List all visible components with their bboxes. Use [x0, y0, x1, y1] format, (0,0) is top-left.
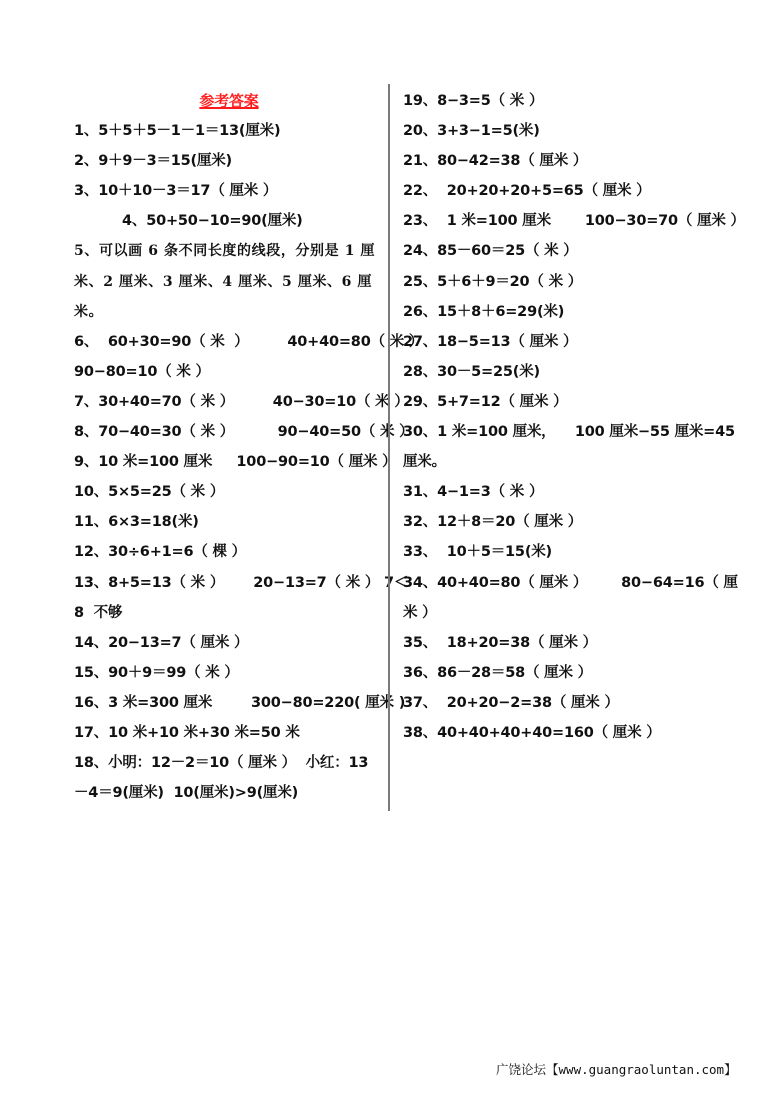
answer-line: 8 不够 [74, 598, 384, 628]
answer-line: 4、50+50−10=90(厘米) [74, 206, 384, 236]
answer-line: 90−80=10（ 米 ） [74, 357, 384, 387]
answer-line: 33、 10＋5＝15(米) [403, 537, 723, 567]
answer-line: 5、可以画 6 条不同长度的线段，分别是 1 厘 [74, 236, 384, 266]
answer-line: 35、 18+20=38（ 厘米 ） [403, 628, 723, 658]
answer-line: 16、3 米=300 厘米 300−80=220( 厘米 ) [74, 688, 384, 718]
footer-site-name: 广饶论坛 [496, 1062, 546, 1077]
answer-line: 米 ） [403, 598, 723, 628]
answer-line: 13、8+5=13（ 米 ） 20−13=7（ 米 ） 7＜ [74, 568, 384, 598]
answer-line: 29、5+7=12（ 厘米 ） [403, 387, 723, 417]
answer-line: 31、4−1=3（ 米 ） [403, 477, 723, 507]
answer-line: 26、15＋8＋6=29(米) [403, 297, 723, 327]
answer-line: 32、12＋8＝20（ 厘米 ） [403, 507, 723, 537]
answer-line: 9、10 米=100 厘米 100−90=10（ 厘米 ） [74, 447, 384, 477]
answer-line: 19、8−3=5（ 米 ） [403, 86, 723, 116]
footer-url: 【www.guangraoluntan.com】 [546, 1062, 737, 1077]
answer-line: 厘米。 [403, 447, 723, 477]
answer-line: 27、18−5=13（ 厘米 ） [403, 327, 723, 357]
answer-line: 22、 20+20+20+5=65（ 厘米 ） [403, 176, 723, 206]
answer-line: 17、10 米+10 米+30 米=50 米 [74, 718, 384, 748]
answer-line: 18、小明：12－2＝10（ 厘米 ） 小红：13 [74, 748, 384, 778]
answer-line: 3、10＋10－3＝17（ 厘米 ） [74, 176, 384, 206]
column-divider [388, 84, 390, 811]
answer-line: 28、30－5=25(米) [403, 357, 723, 387]
answer-line: 6、 60+30=90（ 米 ） 40+40=80（ 米 ） [74, 327, 384, 357]
answer-line: 25、5＋6＋9＝20（ 米 ） [403, 267, 723, 297]
page-title: 参考答案 [74, 86, 384, 116]
answer-line: 2、9＋9－3＝15(厘米) [74, 146, 384, 176]
answer-line: 14、20−13=7（ 厘米 ） [74, 628, 384, 658]
answer-line: －4＝9(厘米) 10(厘米)>9(厘米) [74, 778, 384, 808]
answer-line: 12、30÷6+1=6（ 棵 ） [74, 537, 384, 567]
answer-line: 37、 20+20−2=38（ 厘米 ） [403, 688, 723, 718]
left-column: 参考答案 1、5＋5＋5－1－1＝13(厘米) 2、9＋9－3＝15(厘米) 3… [74, 86, 384, 808]
answer-line: 8、70−40=30（ 米 ） 90−40=50（ 米 ） [74, 417, 384, 447]
answer-line: 米、2 厘米、3 厘米、4 厘米、5 厘米、6 厘 [74, 267, 384, 297]
answer-line: 24、85－60＝25（ 米 ） [403, 236, 723, 266]
answer-line: 7、30+40=70（ 米 ） 40−30=10（ 米 ） [74, 387, 384, 417]
answer-line: 38、40+40+40+40=160（ 厘米 ） [403, 718, 723, 748]
answer-line: 11、6×3=18(米) [74, 507, 384, 537]
answer-line: 20、3+3−1=5(米) [403, 116, 723, 146]
answer-line: 米。 [74, 297, 384, 327]
answer-line: 21、80−42=38（ 厘米 ） [403, 146, 723, 176]
right-column: 19、8−3=5（ 米 ） 20、3+3−1=5(米) 21、80−42=38（… [403, 86, 723, 748]
footer-watermark: 广饶论坛【www.guangraoluntan.com】 [496, 1060, 737, 1078]
answer-line: 23、 1 米=100 厘米 100−30=70（ 厘米 ） [403, 206, 723, 236]
answer-line: 30、1 米=100 厘米， 100 厘米−55 厘米=45 [403, 417, 723, 447]
answer-line: 10、5×5=25（ 米 ） [74, 477, 384, 507]
answer-line: 34、40+40=80（ 厘米 ） 80−64=16（ 厘 [403, 568, 723, 598]
answer-line: 36、86－28＝58（ 厘米 ） [403, 658, 723, 688]
answer-line: 15、90＋9＝99（ 米 ） [74, 658, 384, 688]
answer-line: 1、5＋5＋5－1－1＝13(厘米) [74, 116, 384, 146]
